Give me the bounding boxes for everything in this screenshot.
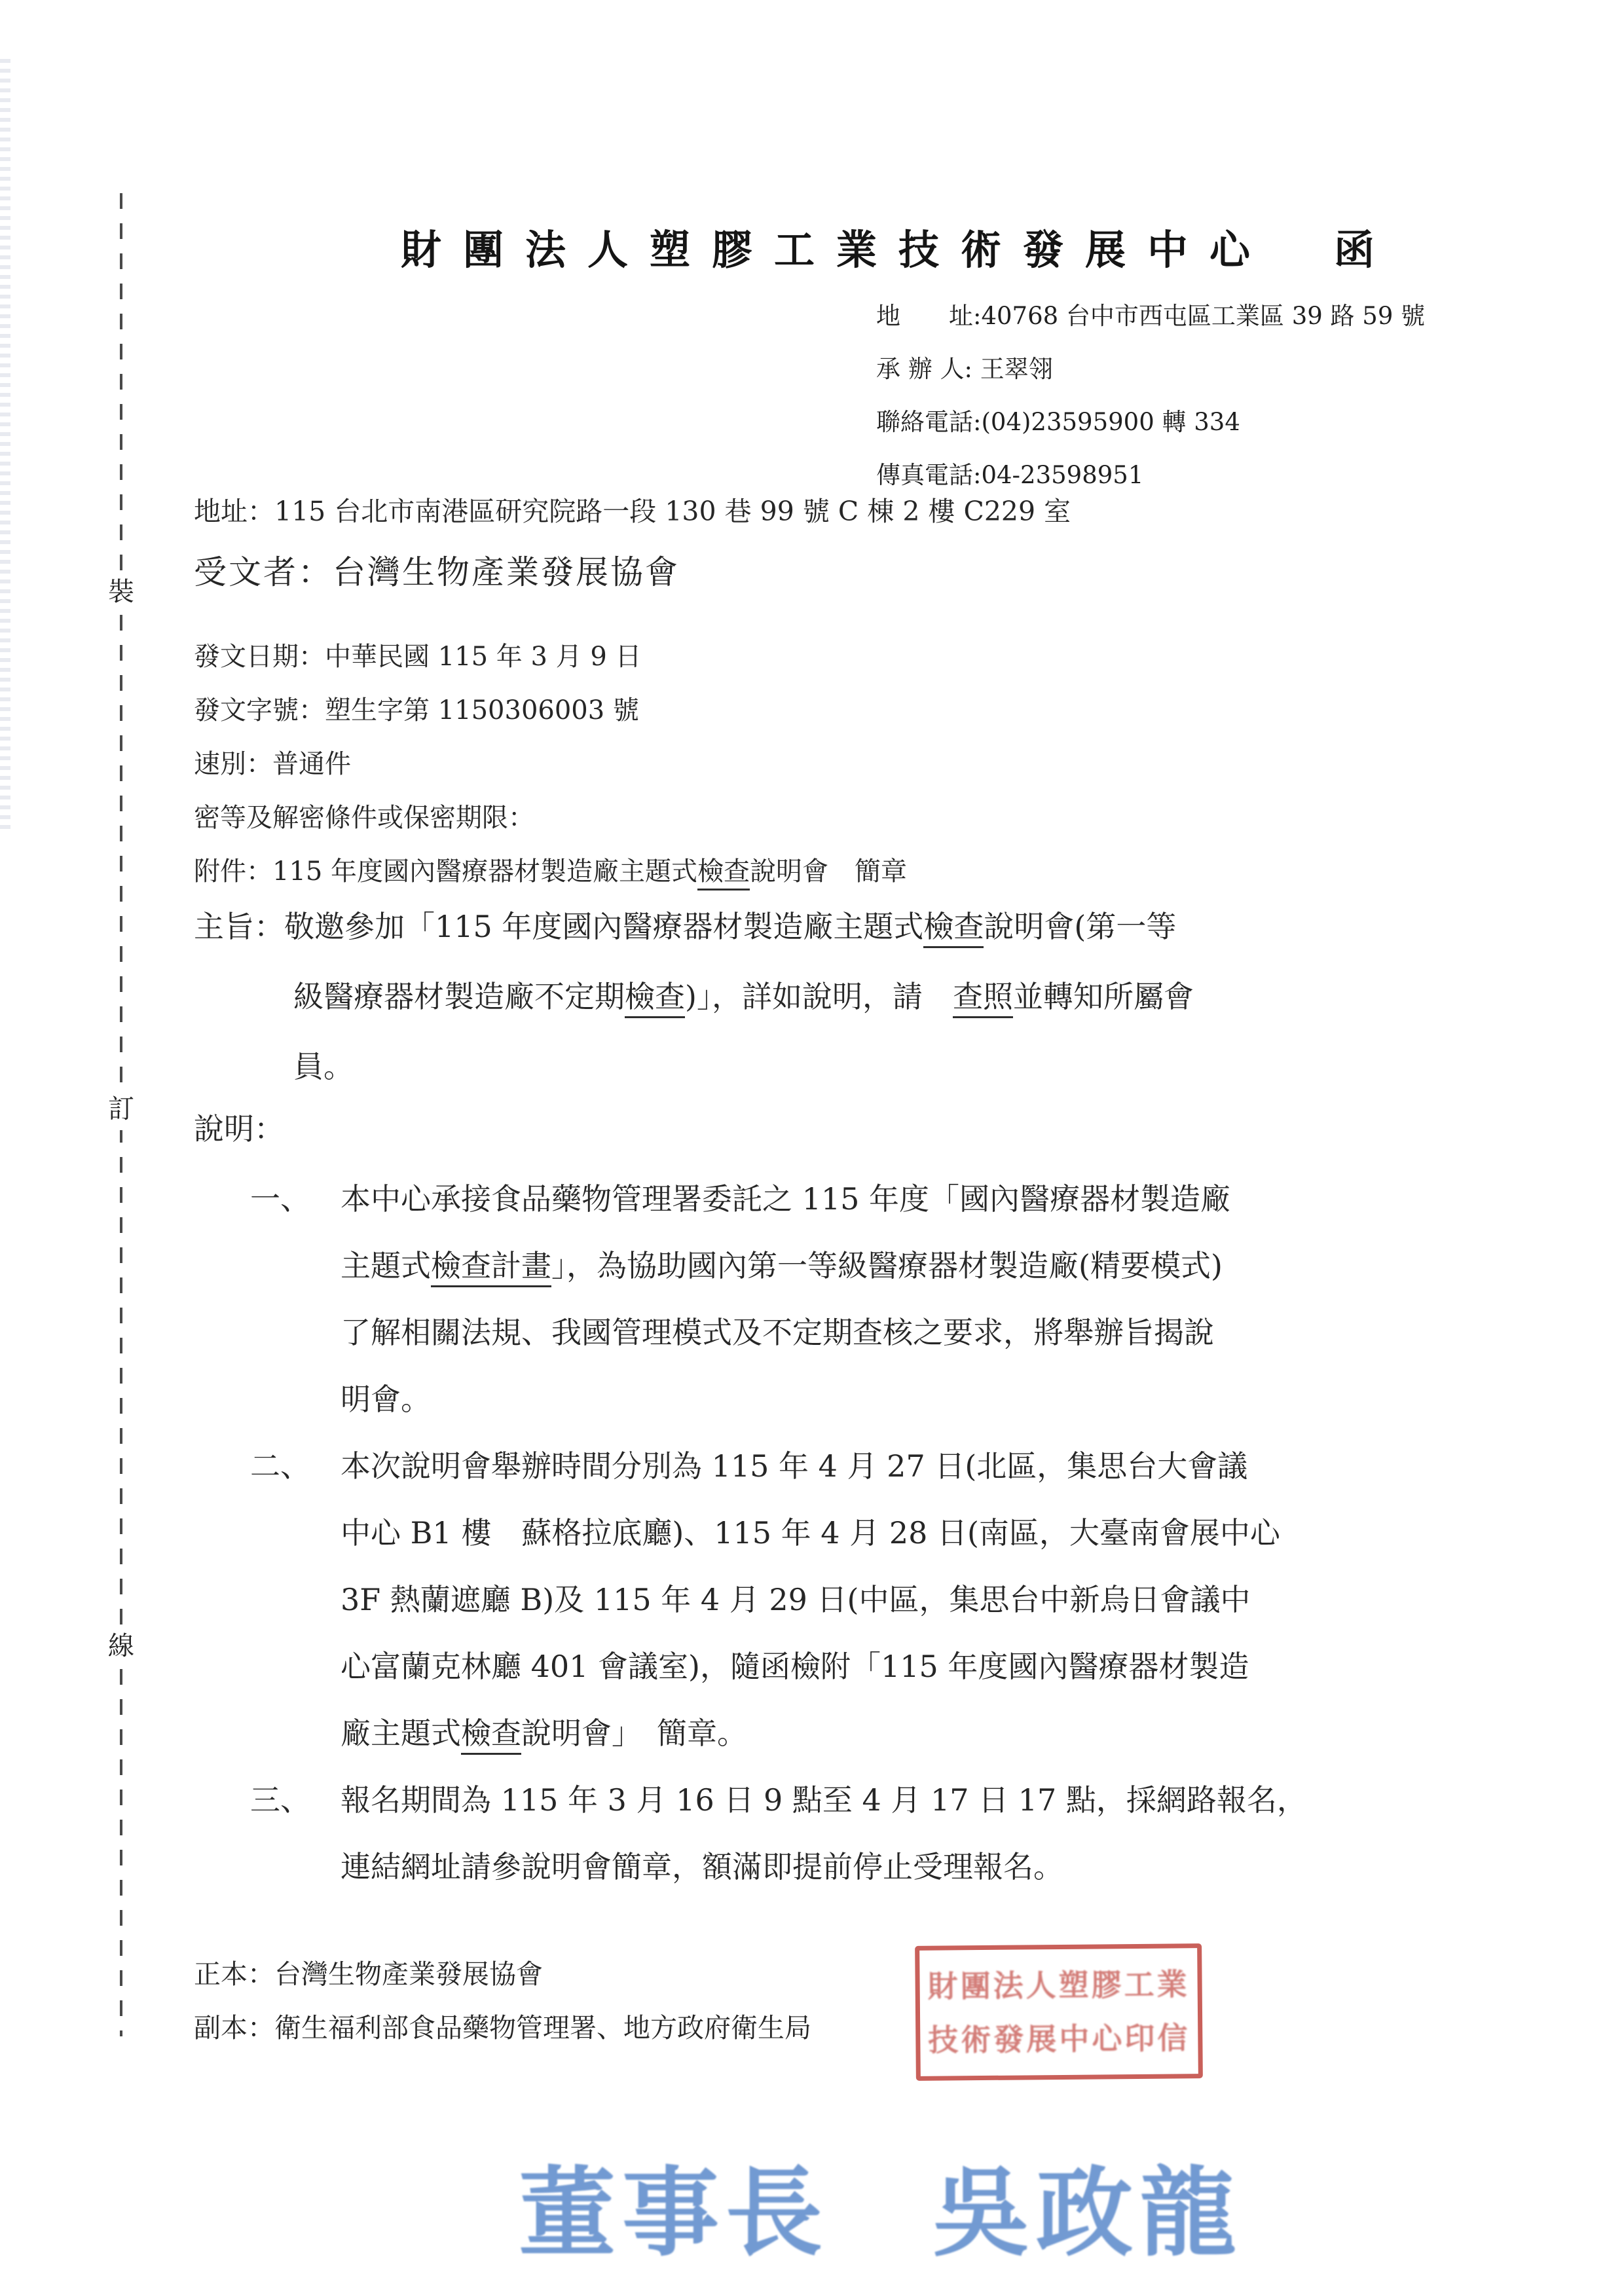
meta-block: 發文日期：中華民國 115 年 3 月 9 日 發文字號：塑生字第 115030… <box>194 630 907 898</box>
binding-mark-xian: 線 <box>102 1625 140 1667</box>
item-2-line-5: 廠主題式檢查說明會」 簡章。 <box>341 1700 1280 1767</box>
explanation-item-3: 三、 報名期間為 115 年 3 月 16 日 9 點至 4 月 17 日 17… <box>250 1767 1307 1900</box>
issue-number: 發文字號：塑生字第 1150306003 號 <box>194 684 907 737</box>
subject-line-1: 主旨：敬邀參加「115 年度國內醫療器材製造廠主題式檢查說明會(第一等 <box>194 892 1194 962</box>
item-3-line-2: 連結網址請參說明會簡章，額滿即提前停止受理報名。 <box>341 1833 1307 1900</box>
binding-mark-ding: 訂 <box>102 1088 140 1130</box>
copy-recipient-line: 副本：衛生福利部食品藥物管理署、地方政府衛生局 <box>194 2006 811 2045</box>
item-2-line-1: 本次說明會舉辦時間分別為 115 年 4 月 27 日(北區，集思台大會議 <box>341 1433 1280 1499</box>
item-2-line-2: 中心 B1 樓 蘇格拉底廳)、115 年 4 月 28 日(南區，大臺南會展中心 <box>341 1499 1280 1566</box>
seal-text-row-1: 財團法人塑膠工業 <box>919 1966 1197 2004</box>
item-number: 一、 <box>250 1166 341 1433</box>
item-1-line-4: 明會。 <box>341 1366 1230 1433</box>
subject-line-3: 員。 <box>293 1032 1194 1102</box>
text-segment: 了解相關法規、我國管理模式及不定期查核之要求，將舉辦旨揭說 <box>341 1315 1214 1350</box>
text-segment: 檢查 <box>461 1716 521 1755</box>
explanation-item-1: 一、 本中心承接食品藥物管理署委託之 115 年度「國內醫療器材製造廠 主題式檢… <box>250 1166 1230 1433</box>
item-number: 三、 <box>250 1767 341 1900</box>
text-segment: 連結網址請參說明會簡章，額滿即提前停止受理報名。 <box>341 1849 1063 1884</box>
item-2-line-4: 心富蘭克林廳 401 會議室)，隨函檢附「115 年度國內醫療器材製造 <box>341 1633 1280 1700</box>
text-segment: 中心 B1 樓 蘇格拉底廳)、115 年 4 月 28 日(南區，大臺南會展中心 <box>341 1515 1280 1551</box>
item-1-line-2: 主題式檢查計畫」，為協助國內第一等級醫療器材製造廠(精要模式) <box>341 1232 1230 1299</box>
text-segment: 員。 <box>293 1049 354 1084</box>
text-segment: 檢查 <box>923 909 984 948</box>
text-segment: 廠主題式 <box>341 1716 461 1751</box>
text-segment: 報名期間為 115 年 3 月 16 日 9 點至 4 月 17 日 17 點，… <box>341 1782 1307 1818</box>
item-text: 本次說明會舉辦時間分別為 115 年 4 月 27 日(北區，集思台大會議 中心… <box>341 1433 1280 1767</box>
text-segment: 說明會(第一等 <box>984 909 1176 944</box>
text-segment: 發文字號：塑生字第 1150306003 號 <box>194 695 639 725</box>
text-segment: 心富蘭克林廳 401 會議室)，隨函檢附「115 年度國內醫療器材製造 <box>341 1649 1249 1684</box>
item-text: 報名期間為 115 年 3 月 16 日 9 點至 4 月 17 日 17 點，… <box>341 1767 1307 1900</box>
text-segment: 密等及解密條件或保密期限： <box>194 803 534 833</box>
item-1-line-1: 本中心承接食品藥物管理署委託之 115 年度「國內醫療器材製造廠 <box>341 1166 1230 1232</box>
subject-block: 主旨：敬邀參加「115 年度國內醫療器材製造廠主題式檢查說明會(第一等 級醫療器… <box>194 892 1194 1102</box>
seal-text-row-2: 技術發展中心印信 <box>920 2020 1198 2058</box>
sender-address: 地 址:40768 台中市西屯區工業區 39 路 59 號 <box>876 289 1425 342</box>
text-segment: 級醫療器材製造廠不定期 <box>293 979 625 1014</box>
text-segment: 附件：115 年度國內醫療器材製造廠主題式 <box>194 856 697 887</box>
text-segment: 檢查 <box>625 979 685 1018</box>
text-segment: 說明會」 簡章。 <box>521 1716 747 1751</box>
recipient-name: 受文者：台灣生物產業發展協會 <box>194 546 680 593</box>
text-segment: 3F 熱蘭遮廳 B)及 115 年 4 月 29 日(中區，集思台中新烏日會議中 <box>341 1582 1250 1617</box>
text-segment: 明會。 <box>341 1382 431 1417</box>
explanation-heading: 說明： <box>194 1105 284 1148</box>
item-text: 本中心承接食品藥物管理署委託之 115 年度「國內醫療器材製造廠 主題式檢查計畫… <box>341 1166 1230 1433</box>
priority-level: 速別：普通件 <box>194 737 907 791</box>
text-segment: 本中心承接食品藥物管理署委託之 115 年度「國內醫療器材製造廠 <box>341 1181 1230 1217</box>
text-segment: 說明會 簡章 <box>750 856 907 887</box>
issue-date: 發文日期：中華民國 115 年 3 月 9 日 <box>194 630 907 684</box>
text-segment: 檢查 <box>697 856 750 890</box>
official-letter-page: 裝 訂 線 財團法人塑膠工業技術發展中心 函 地 址:40768 台中市西屯區工… <box>0 0 1624 2295</box>
text-segment: 查照 <box>953 979 1013 1018</box>
text-segment: 發文日期：中華民國 115 年 3 月 9 日 <box>194 642 642 672</box>
document-title: 財團法人塑膠工業技術發展中心 函 <box>401 217 1396 276</box>
original-recipient-line: 正本：台灣生物產業發展協會 <box>194 1953 543 1991</box>
text-segment: 檢查計畫 <box>431 1248 551 1287</box>
text-segment: 並轉知所屬會 <box>1013 979 1194 1014</box>
item-number: 二、 <box>250 1433 341 1767</box>
scan-noise-strip <box>0 59 10 832</box>
official-seal-stamp: 財團法人塑膠工業 技術發展中心印信 <box>915 1943 1203 2081</box>
item-3-line-1: 報名期間為 115 年 3 月 16 日 9 點至 4 月 17 日 17 點，… <box>341 1767 1307 1833</box>
text-segment: 」，為協助國內第一等級醫療器材製造廠(精要模式) <box>551 1248 1223 1283</box>
chairman-signature-stamp: 董事長 吳政龍 <box>519 2136 1243 2275</box>
subject-line-2: 級醫療器材製造廠不定期檢查)」，詳如說明，請 查照並轉知所屬會 <box>293 962 1194 1032</box>
classification-line: 密等及解密條件或保密期限： <box>194 791 907 845</box>
recipient-address: 地址：115 台北市南港區研究院路一段 130 巷 99 號 C 棟 2 樓 C… <box>194 490 1071 528</box>
explanation-item-2: 二、 本次說明會舉辦時間分別為 115 年 4 月 27 日(北區，集思台大會議… <box>250 1433 1280 1767</box>
attachment-line: 附件：115 年度國內醫療器材製造廠主題式檢查說明會 簡章 <box>194 845 907 898</box>
item-1-line-3: 了解相關法規、我國管理模式及不定期查核之要求，將舉辦旨揭說 <box>341 1299 1230 1366</box>
text-segment: 速別：普通件 <box>194 749 351 779</box>
text-segment: 主旨：敬邀參加「115 年度國內醫療器材製造廠主題式 <box>194 909 923 944</box>
sender-contact-person: 承 辦 人: 王翠翎 <box>876 342 1425 395</box>
sender-phone: 聯絡電話:(04)23595900 轉 334 <box>876 395 1425 449</box>
binding-mark-zhuang: 裝 <box>102 571 140 613</box>
text-segment: )」，詳如說明，請 <box>685 979 953 1014</box>
text-segment: 主題式 <box>341 1248 431 1283</box>
sender-info-block: 地 址:40768 台中市西屯區工業區 39 路 59 號 承 辦 人: 王翠翎… <box>876 289 1425 502</box>
text-segment: 本次說明會舉辦時間分別為 115 年 4 月 27 日(北區，集思台大會議 <box>341 1448 1247 1484</box>
item-2-line-3: 3F 熱蘭遮廳 B)及 115 年 4 月 29 日(中區，集思台中新烏日會議中 <box>341 1566 1280 1633</box>
